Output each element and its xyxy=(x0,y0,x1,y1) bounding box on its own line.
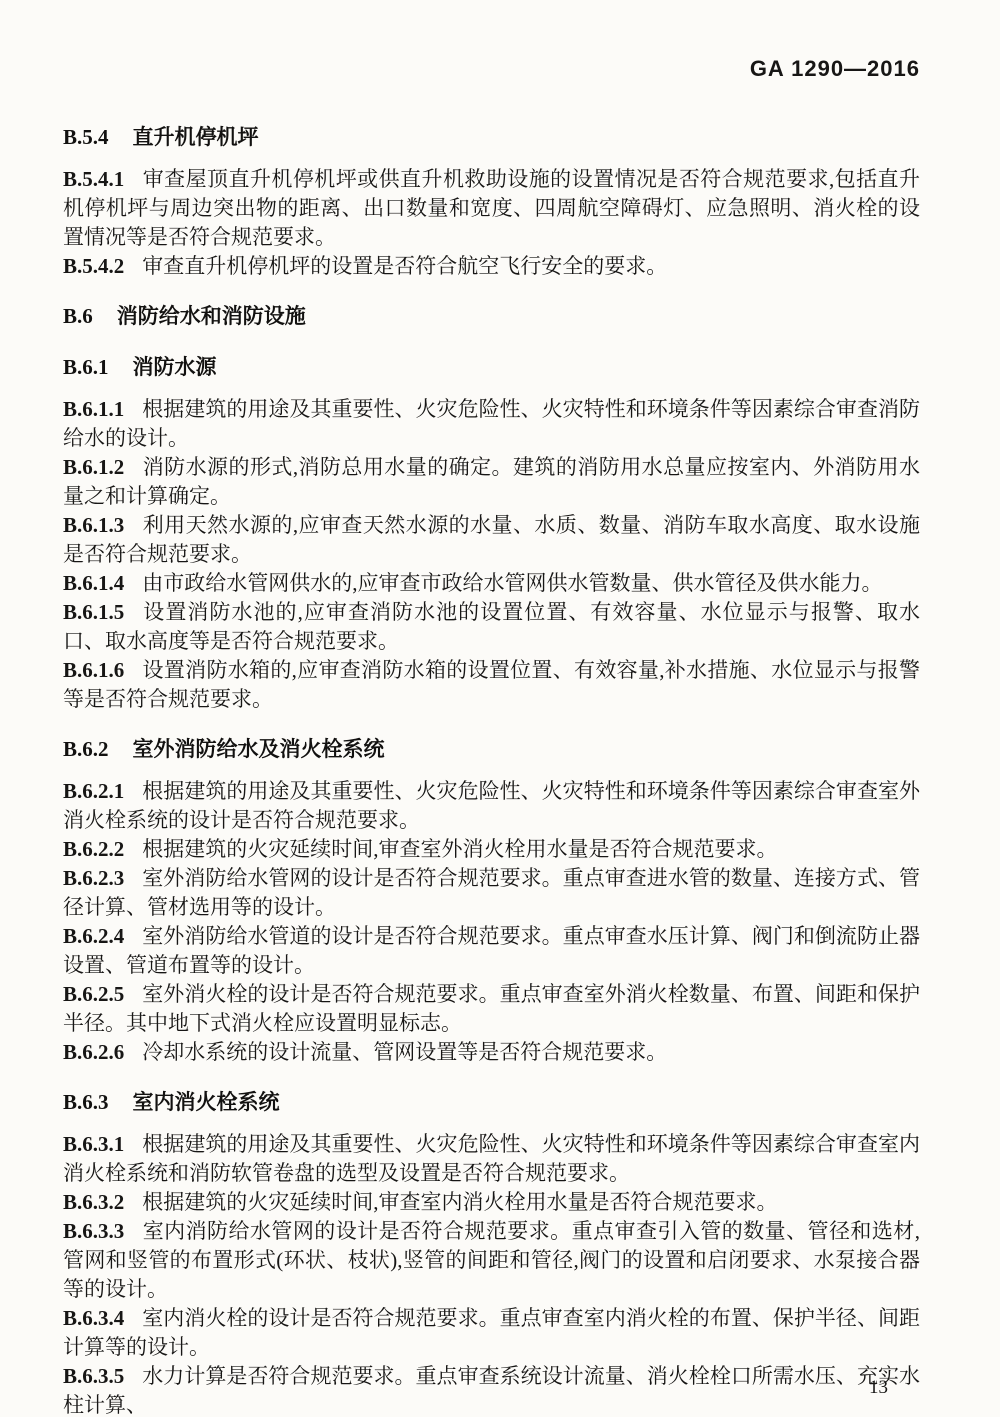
section-heading: B.6消防给水和消防设施 xyxy=(63,301,920,332)
clause-paragraph: B.6.2.2根据建筑的火灾延续时间,审查室外消火栓用水量是否符合规范要求。 xyxy=(63,835,920,864)
clause-number: B.6.2.4 xyxy=(63,924,124,948)
section-title: 室内消火栓系统 xyxy=(133,1091,280,1114)
clause-paragraph: B.6.2.5室外消火栓的设计是否符合规范要求。重点审查室外消火栓数量、布置、间… xyxy=(63,980,920,1038)
standard-number-header: GA 1290—2016 xyxy=(63,0,920,82)
section-number: B.6.1 xyxy=(63,355,109,379)
section-title: 直升机停机坪 xyxy=(133,126,259,149)
clause-text: 根据建筑的用途及其重要性、火灾危险性、火灾特性和环境条件等因素综合审查消防给水的… xyxy=(63,397,920,450)
document-page: GA 1290—2016 B.5.4直升机停机坪B.5.4.1审查屋顶直升机停机… xyxy=(0,0,1000,1417)
clause-number: B.6.2.6 xyxy=(63,1040,124,1064)
section-heading: B.6.2室外消防给水及消火栓系统 xyxy=(63,734,920,765)
clause-number: B.6.2.2 xyxy=(63,837,124,861)
clause-text: 室外消防给水管道的设计是否符合规范要求。重点审查水压计算、阀门和倒流防止器设置、… xyxy=(63,924,920,977)
clause-text: 根据建筑的用途及其重要性、火灾危险性、火灾特性和环境条件等因素综合审查室内消火栓… xyxy=(63,1132,920,1185)
section-number: B.6 xyxy=(63,304,93,328)
clause-text: 审查屋顶直升机停机坪或供直升机救助设施的设置情况是否符合规范要求,包括直升机停机… xyxy=(63,167,920,249)
clause-paragraph: B.6.3.5水力计算是否符合规范要求。重点审查系统设计流量、消火栓栓口所需水压… xyxy=(63,1362,920,1417)
clause-text: 设置消防水箱的,应审查消防水箱的设置位置、有效容量,补水措施、水位显示与报警等是… xyxy=(63,658,920,711)
clause-paragraph: B.5.4.1审查屋顶直升机停机坪或供直升机救助设施的设置情况是否符合规范要求,… xyxy=(63,165,920,252)
clause-text: 根据建筑的火灾延续时间,审查室内消火栓用水量是否符合规范要求。 xyxy=(142,1190,777,1214)
clause-number: B.5.4.1 xyxy=(63,167,124,191)
clause-text: 水力计算是否符合规范要求。重点审查系统设计流量、消火栓栓口所需水压、充实水柱计算… xyxy=(63,1364,920,1417)
clause-number: B.6.3.3 xyxy=(63,1219,124,1243)
clause-paragraph: B.6.1.6设置消防水箱的,应审查消防水箱的设置位置、有效容量,补水措施、水位… xyxy=(63,656,920,714)
section-number: B.6.2 xyxy=(63,737,109,761)
clause-text: 室外消防给水管网的设计是否符合规范要求。重点审查进水管的数量、连接方式、管径计算… xyxy=(63,866,920,919)
clause-text: 根据建筑的用途及其重要性、火灾危险性、火灾特性和环境条件等因素综合审查室外消火栓… xyxy=(63,779,920,832)
clause-number: B.6.1.3 xyxy=(63,513,124,537)
clause-number: B.6.3.2 xyxy=(63,1190,124,1214)
clause-text: 利用天然水源的,应审查天然水源的水量、水质、数量、消防车取水高度、取水设施是否符… xyxy=(63,513,920,566)
section-title: 室外消防给水及消火栓系统 xyxy=(133,738,385,761)
clause-text: 室内消火栓的设计是否符合规范要求。重点审查室内消火栓的布置、保护半径、间距计算等… xyxy=(63,1306,920,1359)
clause-paragraph: B.6.1.4由市政给水管网供水的,应审查市政给水管网供水管数量、供水管径及供水… xyxy=(63,569,920,598)
document-body: B.5.4直升机停机坪B.5.4.1审查屋顶直升机停机坪或供直升机救助设施的设置… xyxy=(63,82,920,1417)
clause-paragraph: B.6.3.3室内消防给水管网的设计是否符合规范要求。重点审查引入管的数量、管径… xyxy=(63,1217,920,1304)
clause-paragraph: B.6.1.1根据建筑的用途及其重要性、火灾危险性、火灾特性和环境条件等因素综合… xyxy=(63,395,920,453)
clause-paragraph: B.6.2.6冷却水系统的设计流量、管网设置等是否符合规范要求。 xyxy=(63,1038,920,1067)
clause-paragraph: B.6.3.4室内消火栓的设计是否符合规范要求。重点审查室内消火栓的布置、保护半… xyxy=(63,1304,920,1362)
section-number: B.6.3 xyxy=(63,1090,109,1114)
section-number: B.5.4 xyxy=(63,125,109,149)
clause-number: B.5.4.2 xyxy=(63,254,124,278)
clause-number: B.6.3.4 xyxy=(63,1306,124,1330)
clause-text: 审查直升机停机坪的设置是否符合航空飞行安全的要求。 xyxy=(142,254,667,278)
clause-number: B.6.3.1 xyxy=(63,1132,124,1156)
section-heading: B.6.3室内消火栓系统 xyxy=(63,1087,920,1118)
clause-number: B.6.3.5 xyxy=(63,1364,124,1388)
clause-number: B.6.1.5 xyxy=(63,600,124,624)
section-heading: B.6.1消防水源 xyxy=(63,352,920,383)
clause-paragraph: B.6.3.2根据建筑的火灾延续时间,审查室内消火栓用水量是否符合规范要求。 xyxy=(63,1188,920,1217)
clause-paragraph: B.6.2.4室外消防给水管道的设计是否符合规范要求。重点审查水压计算、阀门和倒… xyxy=(63,922,920,980)
clause-paragraph: B.6.1.2消防水源的形式,消防总用水量的确定。建筑的消防用水总量应按室内、外… xyxy=(63,453,920,511)
clause-number: B.6.1.6 xyxy=(63,658,124,682)
clause-text: 根据建筑的火灾延续时间,审查室外消火栓用水量是否符合规范要求。 xyxy=(142,837,777,861)
clause-number: B.6.1.2 xyxy=(63,455,124,479)
clause-paragraph: B.6.2.3室外消防给水管网的设计是否符合规范要求。重点审查进水管的数量、连接… xyxy=(63,864,920,922)
clause-number: B.6.2.3 xyxy=(63,866,124,890)
section-title: 消防水源 xyxy=(133,356,217,379)
page-number: 13 xyxy=(869,1377,888,1399)
clause-paragraph: B.6.2.1根据建筑的用途及其重要性、火灾危险性、火灾特性和环境条件等因素综合… xyxy=(63,777,920,835)
clause-number: B.6.2.1 xyxy=(63,779,124,803)
clause-text: 消防水源的形式,消防总用水量的确定。建筑的消防用水总量应按室内、外消防用水量之和… xyxy=(63,455,920,508)
clause-text: 冷却水系统的设计流量、管网设置等是否符合规范要求。 xyxy=(142,1040,667,1064)
clause-number: B.6.1.4 xyxy=(63,571,124,595)
clause-text: 设置消防水池的,应审查消防水池的设置位置、有效容量、水位显示与报警、取水口、取水… xyxy=(63,600,920,653)
clause-paragraph: B.6.1.3利用天然水源的,应审查天然水源的水量、水质、数量、消防车取水高度、… xyxy=(63,511,920,569)
clause-paragraph: B.6.1.5设置消防水池的,应审查消防水池的设置位置、有效容量、水位显示与报警… xyxy=(63,598,920,656)
clause-paragraph: B.5.4.2审查直升机停机坪的设置是否符合航空飞行安全的要求。 xyxy=(63,252,920,281)
clause-number: B.6.1.1 xyxy=(63,397,124,421)
clause-paragraph: B.6.3.1根据建筑的用途及其重要性、火灾危险性、火灾特性和环境条件等因素综合… xyxy=(63,1130,920,1188)
clause-text: 由市政给水管网供水的,应审查市政给水管网供水管数量、供水管径及供水能力。 xyxy=(142,571,882,595)
clause-text: 室外消火栓的设计是否符合规范要求。重点审查室外消火栓数量、布置、间距和保护半径。… xyxy=(63,982,920,1035)
section-title: 消防给水和消防设施 xyxy=(117,305,306,328)
clause-text: 室内消防给水管网的设计是否符合规范要求。重点审查引入管的数量、管径和选材,管网和… xyxy=(63,1219,920,1301)
clause-number: B.6.2.5 xyxy=(63,982,124,1006)
section-heading: B.5.4直升机停机坪 xyxy=(63,122,920,153)
